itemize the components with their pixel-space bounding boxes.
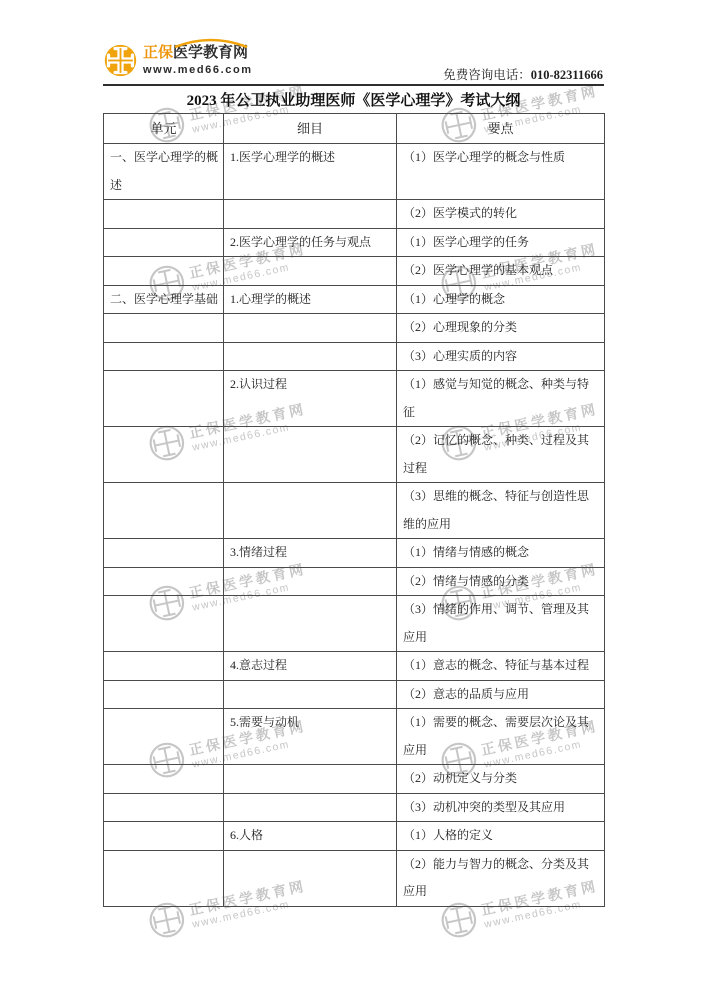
unit-cell [104, 652, 224, 681]
point-cell: （3）思维的概念、特征与创造性思维的应用 [397, 483, 605, 539]
point-cell: （2）医学心理学的基本观点 [397, 257, 605, 286]
table-row: （2）动机定义与分类 [104, 765, 605, 794]
header-divider [103, 84, 604, 86]
item-cell: 6.人格 [224, 822, 397, 851]
point-cell: （1）需要的概念、需要层次论及其应用 [397, 709, 605, 765]
unit-cell [104, 228, 224, 257]
unit-cell [104, 765, 224, 794]
item-cell [224, 850, 397, 906]
table-row: 2.医学心理学的任务与观点（1）医学心理学的任务 [104, 228, 605, 257]
point-cell: （1）人格的定义 [397, 822, 605, 851]
unit-cell [104, 596, 224, 652]
column-header-point: 要点 [397, 114, 605, 144]
item-cell [224, 427, 397, 483]
table-row: （2）意志的品质与应用 [104, 680, 605, 709]
consult-phone: 免费咨询电话：010-82311666 [103, 65, 603, 83]
point-cell: （2）心理现象的分类 [397, 314, 605, 343]
point-cell: （1）心理学的概念 [397, 285, 605, 314]
table-row: 3.情绪过程（1）情绪与情感的概念 [104, 539, 605, 568]
table-row: （2）医学模式的转化 [104, 200, 605, 229]
item-cell [224, 680, 397, 709]
table-row: （2）情绪与情感的分类 [104, 567, 605, 596]
unit-cell [104, 483, 224, 539]
item-cell: 1.心理学的概述 [224, 285, 397, 314]
item-cell: 1.医学心理学的概述 [224, 144, 397, 200]
item-cell [224, 314, 397, 343]
consult-phone-label: 免费咨询电话： [443, 68, 531, 82]
document-page: 正保医学教育网www.med66.com正保医学教育网www.med66.com… [0, 0, 707, 1000]
point-cell: （3）心理实质的内容 [397, 342, 605, 371]
table-row: 2.认识过程（1）感觉与知觉的概念、种类与特征 [104, 371, 605, 427]
unit-cell [104, 822, 224, 851]
point-cell: （3）动机冲突的类型及其应用 [397, 793, 605, 822]
unit-cell [104, 200, 224, 229]
point-cell: （1）意志的概念、特征与基本过程 [397, 652, 605, 681]
unit-cell [104, 427, 224, 483]
point-cell: （2）动机定义与分类 [397, 765, 605, 794]
unit-cell [104, 850, 224, 906]
table-row: （3）动机冲突的类型及其应用 [104, 793, 605, 822]
item-cell: 2.医学心理学的任务与观点 [224, 228, 397, 257]
table-row: 一、医学心理学的概述1.医学心理学的概述（1）医学心理学的概念与性质 [104, 144, 605, 200]
item-cell: 3.情绪过程 [224, 539, 397, 568]
consult-phone-number: 010-82311666 [531, 68, 603, 82]
point-cell: （1）感觉与知觉的概念、种类与特征 [397, 371, 605, 427]
logo-brand-name: 正保医学教育网 [143, 44, 253, 63]
point-cell: （2）医学模式的转化 [397, 200, 605, 229]
item-cell [224, 200, 397, 229]
item-cell [224, 257, 397, 286]
table-row: 5.需要与动机（1）需要的概念、需要层次论及其应用 [104, 709, 605, 765]
item-cell: 4.意志过程 [224, 652, 397, 681]
table-header-row: 单元 细目 要点 [104, 114, 605, 144]
item-cell [224, 483, 397, 539]
table-row: 6.人格（1）人格的定义 [104, 822, 605, 851]
unit-cell [104, 314, 224, 343]
unit-cell [104, 709, 224, 765]
unit-cell [104, 680, 224, 709]
point-cell: （2）记忆的概念、种类、过程及其过程 [397, 427, 605, 483]
item-cell [224, 342, 397, 371]
logo-brand-highlight: 正保 [143, 45, 173, 61]
unit-cell: 一、医学心理学的概述 [104, 144, 224, 200]
table-row: （3）心理实质的内容 [104, 342, 605, 371]
item-cell: 5.需要与动机 [224, 709, 397, 765]
page-title: 2023 年公卫执业助理医师《医学心理学》考试大纲 [103, 89, 604, 110]
column-header-item: 细目 [224, 114, 397, 144]
column-header-unit: 单元 [104, 114, 224, 144]
exam-outline-table: 单元 细目 要点 一、医学心理学的概述1.医学心理学的概述（1）医学心理学的概念… [103, 113, 605, 907]
item-cell [224, 567, 397, 596]
unit-cell [104, 567, 224, 596]
table-row: （2）心理现象的分类 [104, 314, 605, 343]
table-row: （2）能力与智力的概念、分类及其应用 [104, 850, 605, 906]
point-cell: （2）意志的品质与应用 [397, 680, 605, 709]
table-row: （3）情绪的作用、调节、管理及其应用 [104, 596, 605, 652]
point-cell: （3）情绪的作用、调节、管理及其应用 [397, 596, 605, 652]
point-cell: （2）能力与智力的概念、分类及其应用 [397, 850, 605, 906]
unit-cell: 二、医学心理学基础 [104, 285, 224, 314]
item-cell [224, 596, 397, 652]
unit-cell [104, 257, 224, 286]
logo-arc-decoration [173, 38, 249, 48]
table-row: 4.意志过程（1）意志的概念、特征与基本过程 [104, 652, 605, 681]
point-cell: （2）情绪与情感的分类 [397, 567, 605, 596]
point-cell: （1）医学心理学的任务 [397, 228, 605, 257]
unit-cell [104, 371, 224, 427]
item-cell [224, 793, 397, 822]
table-row: （2）记忆的概念、种类、过程及其过程 [104, 427, 605, 483]
table-row: （3）思维的概念、特征与创造性思维的应用 [104, 483, 605, 539]
table-row: （2）医学心理学的基本观点 [104, 257, 605, 286]
item-cell: 2.认识过程 [224, 371, 397, 427]
point-cell: （1）医学心理学的概念与性质 [397, 144, 605, 200]
table-row: 二、医学心理学基础1.心理学的概述（1）心理学的概念 [104, 285, 605, 314]
unit-cell [104, 539, 224, 568]
unit-cell [104, 342, 224, 371]
point-cell: （1）情绪与情感的概念 [397, 539, 605, 568]
item-cell [224, 765, 397, 794]
unit-cell [104, 793, 224, 822]
